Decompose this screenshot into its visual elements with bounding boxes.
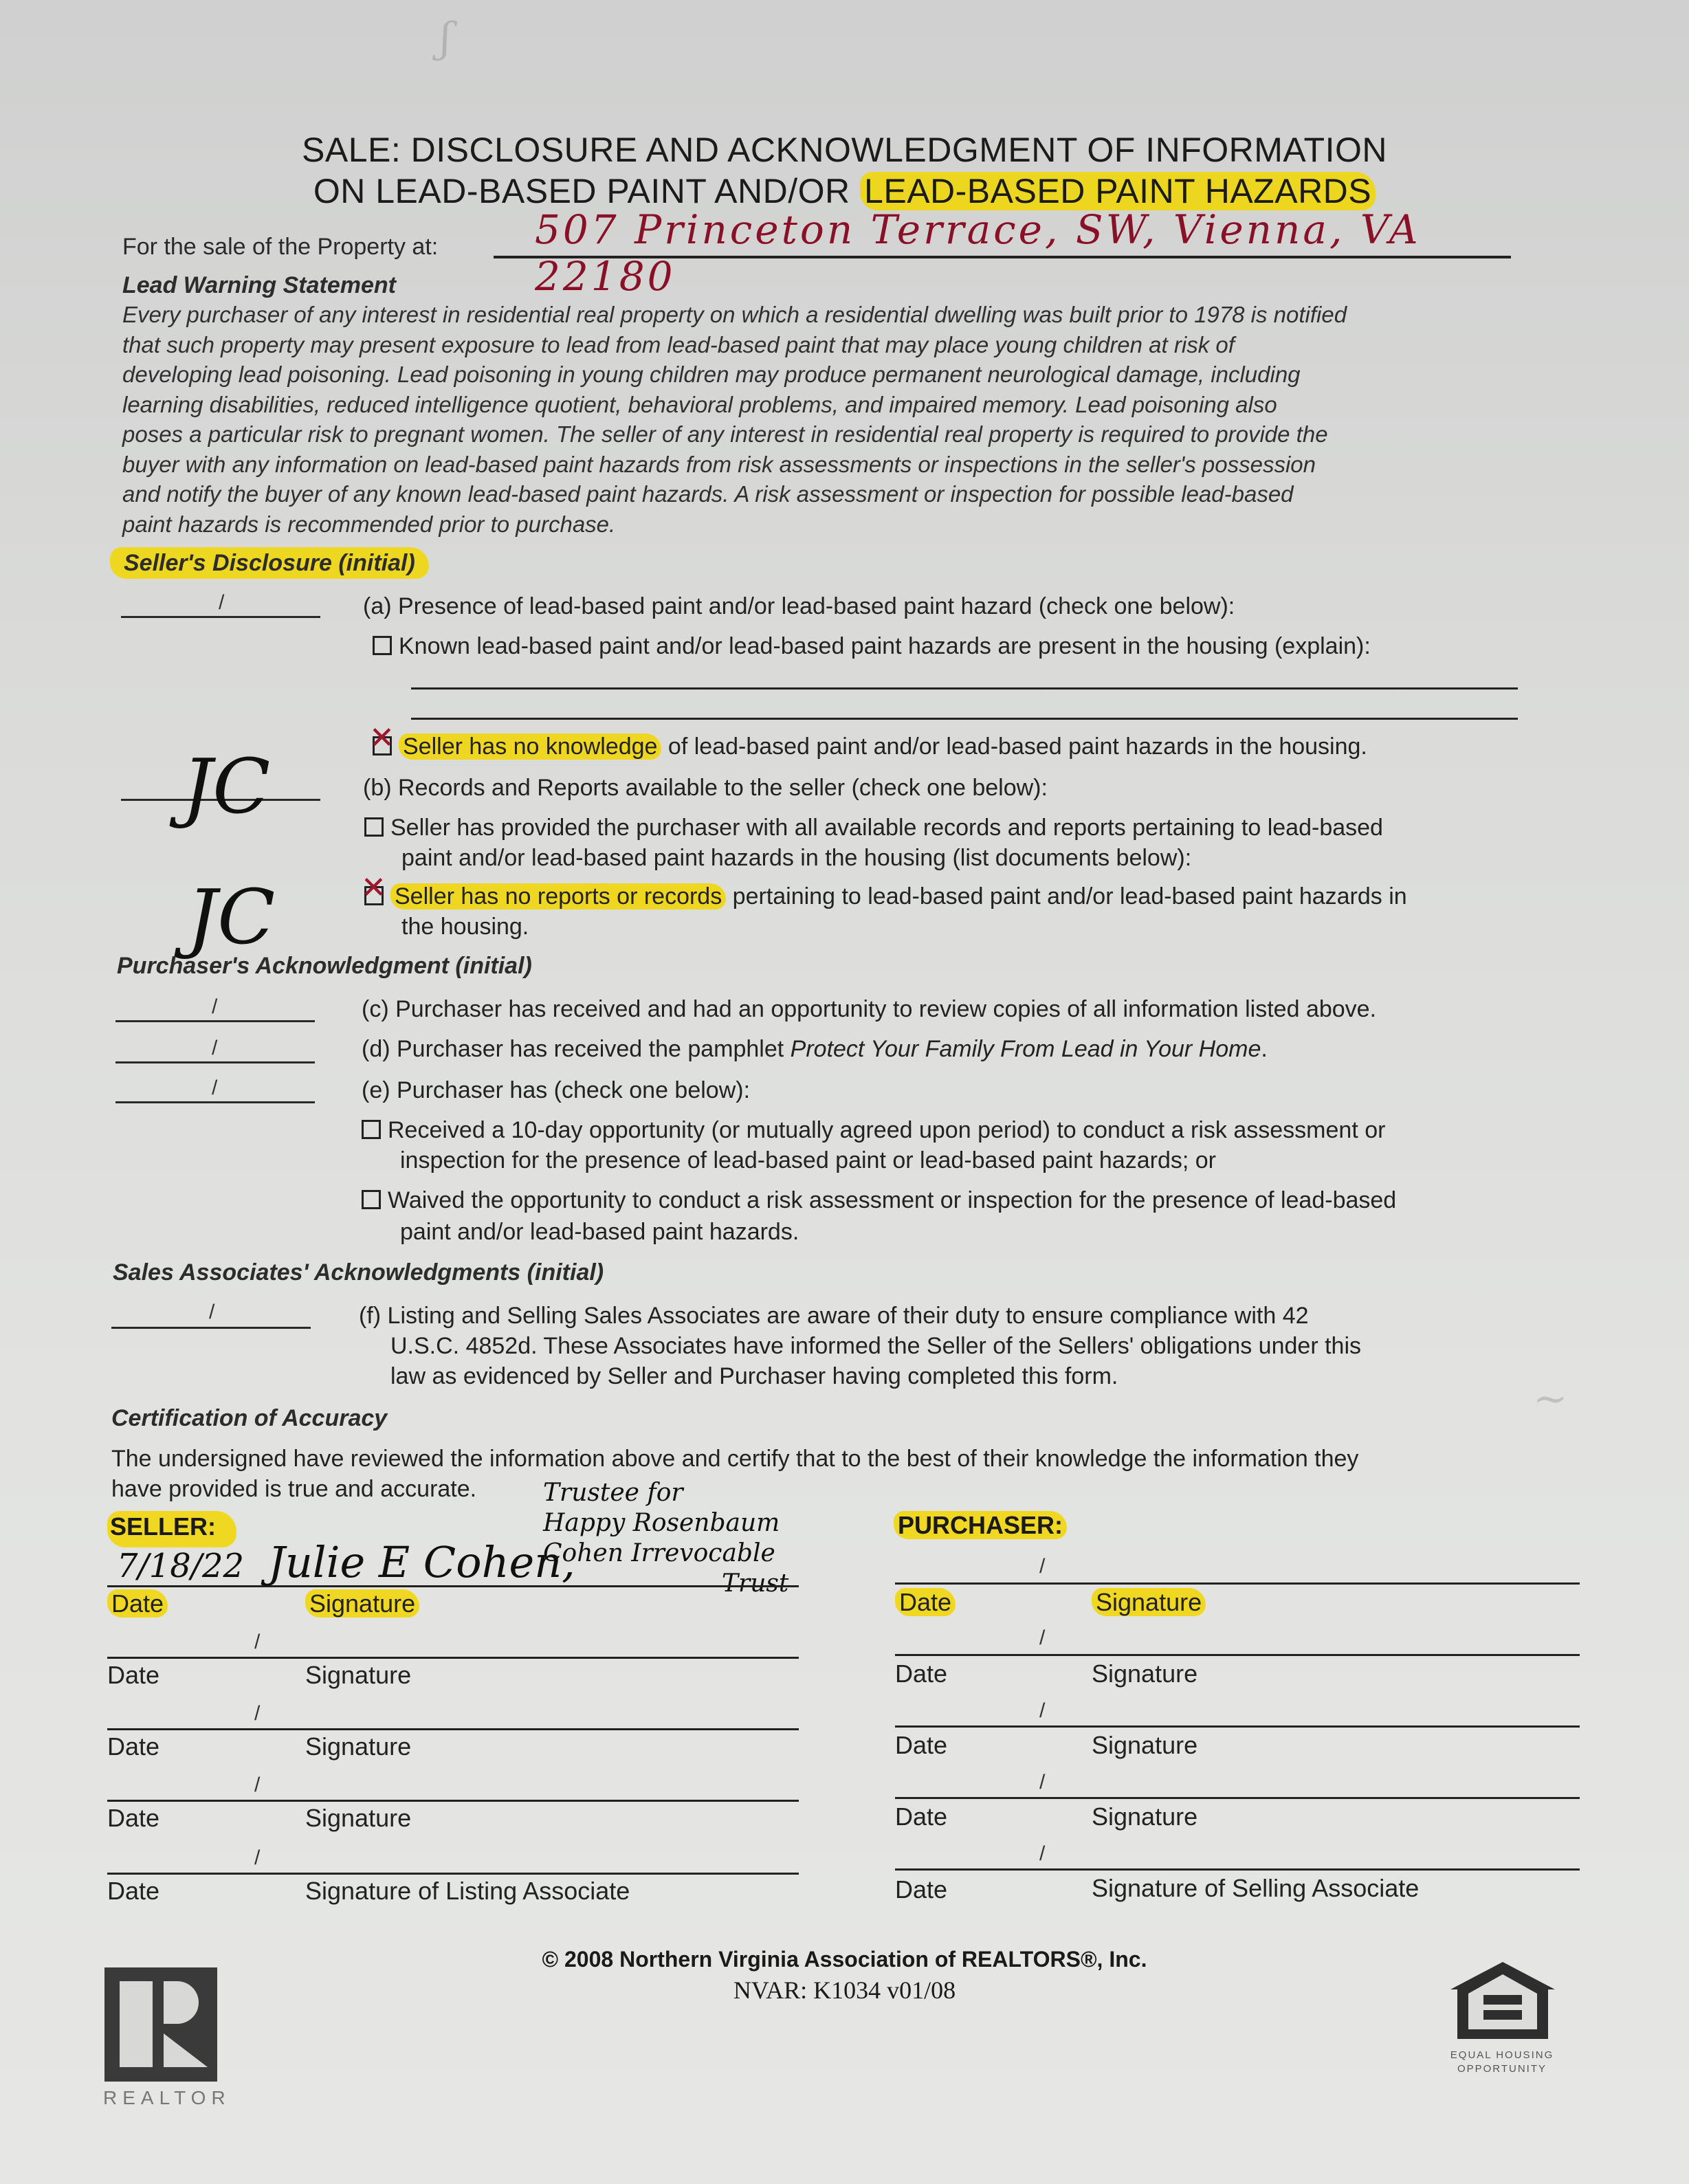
warning-line: paint hazards is recommended prior to pu… [122,509,1580,540]
warning-line: learning disabilities, reduced intellige… [122,390,1580,420]
item-b-option-provided-line2: paint and/or lead-based paint hazards in… [401,843,1191,873]
purchaser-initials-d-field[interactable] [115,1061,315,1063]
option-text: Known lead-based paint and/or lead-based… [399,633,1371,659]
seller-initials-a-field[interactable] [121,616,320,618]
equal-housing-text: EQUAL HOUSING OPPORTUNITY [1444,2049,1560,2076]
purchaser-signature-label-2: Signature [1092,1659,1197,1688]
lead-warning-text: Every purchaser of any interest in resid… [122,300,1580,539]
option-text: Received a 10-day opportunity (or mutual… [388,1117,1385,1143]
option-text: of lead-based paint and/or lead-based pa… [661,733,1367,760]
form-title-line1: SALE: DISCLOSURE AND ACKNOWLEDGMENT OF I… [0,131,1689,169]
sellers-disclosure-heading-text: Seller's Disclosure (initial) [110,547,429,579]
date-label: Date [107,1589,168,1618]
purchaser-initials-e-field[interactable] [115,1101,315,1103]
option-text-highlighted: Seller has no knowledge [399,733,661,760]
purchaser-date-label-4: Date [895,1802,947,1831]
option-text: Waived the opportunity to conduct a risk… [388,1187,1396,1213]
seller-date-value: 7/18/22 [117,1547,244,1585]
checkbox-records-provided[interactable] [364,817,384,837]
selling-date-label: Date [895,1875,947,1904]
warning-line: buyer with any information on lead-based… [122,450,1580,480]
seller-initials-b-value: JC [182,742,270,830]
purchaser-initials-c-field[interactable] [115,1020,315,1022]
item-a-label: (a) Presence of lead-based paint and/or … [363,591,1235,621]
seller-initials-b2-value: JC [187,873,275,961]
initials-slash: / [209,1301,214,1324]
date-slash: / [1039,1699,1045,1723]
title-part: ON LEAD-BASED PAINT AND/OR [313,172,860,210]
item-e-option-waived-line2: paint and/or lead-based paint hazards. [400,1217,799,1247]
item-d-end: . [1261,1036,1267,1062]
signature-label: Signature [305,1589,419,1618]
item-f-line2: U.S.C. 4852d. These Associates have info… [390,1331,1361,1361]
lead-paint-disclosure-form: ʃ ~ SALE: DISCLOSURE AND ACKNOWLEDGMENT … [0,0,1689,2184]
form-id: NVAR: K1034 v01/08 [0,1976,1689,2005]
purchaser-signature-label-4: Signature [1092,1802,1197,1831]
seller-signature-label-3: Signature [305,1732,411,1761]
option-text: pertaining to lead-based paint and/or le… [726,883,1406,909]
trustee-note-line: Trust [543,1569,788,1599]
explain-line-1[interactable] [411,687,1518,690]
eho-line: EQUAL HOUSING [1444,2049,1560,2062]
certification-heading: Certification of Accuracy [111,1405,387,1432]
purchaser-date-label-1: Date [895,1588,956,1617]
date-label: Date [895,1588,956,1616]
purchaser-date-label-2: Date [895,1659,947,1688]
seller-date-label-3: Date [107,1732,159,1761]
date-slash: / [1039,1842,1045,1866]
sellers-disclosure-heading: Seller's Disclosure (initial) [110,550,429,577]
date-slash: / [254,1774,260,1797]
warning-line: Every purchaser of any interest in resid… [122,300,1580,330]
seller-date-label-4: Date [107,1804,159,1833]
item-d: (d) Purchaser has received the pamphlet … [362,1034,1268,1064]
item-b-option-provided[interactable]: Seller has provided the purchaser with a… [364,813,1383,843]
purchaser-label-text: PURCHASER: [894,1511,1067,1539]
pencil-show-through: ʃ [440,14,451,62]
option-text-highlighted: Seller has no reports or records [390,883,726,909]
date-slash: / [1039,1626,1045,1650]
seller-date-label-1: Date [107,1589,168,1618]
realtor-logo-icon [104,1967,217,2082]
item-a-option-no-knowledge[interactable]: Seller has no knowledge of lead-based pa… [373,731,1367,762]
item-d-text: (d) Purchaser has received the pamphlet [362,1036,791,1062]
selling-associate-label: Signature of Selling Associate [1092,1874,1419,1903]
seller-signature-label-1: Signature [305,1589,419,1618]
item-c: (c) Purchaser has received and had an op… [362,994,1376,1024]
warning-line: poses a particular risk to pregnant wome… [122,419,1580,450]
explain-line-2[interactable] [411,718,1518,720]
listing-associate-signature-line[interactable] [107,1873,799,1875]
seller-label-text: SELLER: [107,1511,236,1547]
trustee-annotation: Trustee for Happy Rosenbaum Cohen Irrevo… [543,1478,788,1599]
date-slash: / [1039,1555,1045,1578]
purchaser-signature-label-1: Signature [1092,1588,1206,1617]
initials-slash: / [212,995,217,1019]
pencil-show-through: ~ [1533,1375,1567,1423]
item-e: (e) Purchaser has (check one below): [362,1075,750,1105]
property-address-value: 507 Princeton Terrace, SW, Vienna, VA 22… [535,206,1511,300]
certification-line2: have provided is true and accurate. [111,1474,476,1504]
selling-associate-signature-line[interactable] [895,1868,1580,1871]
property-address-field[interactable]: 507 Princeton Terrace, SW, Vienna, VA 22… [494,206,1511,258]
item-f-line1: (f) Listing and Selling Sales Associates… [359,1301,1309,1331]
realtor-logo-text: REALTOR [103,2087,231,2109]
seller-label: SELLER: [107,1512,236,1541]
copyright-notice: © 2008 Northern Virginia Association of … [0,1947,1689,1972]
item-a-option-known[interactable]: Known lead-based paint and/or lead-based… [373,631,1371,661]
item-e-option-waived[interactable]: Waived the opportunity to conduct a risk… [362,1185,1396,1215]
title-highlighted-part: LEAD-BASED PAINT HAZARDS [860,172,1376,210]
certification-line1: The undersigned have reviewed the inform… [111,1444,1358,1474]
eho-line: OPPORTUNITY [1444,2062,1560,2076]
checkbox-no-records-checked[interactable] [364,886,384,905]
checkbox-no-knowledge-checked[interactable] [373,736,392,755]
purchaser-label: PURCHASER: [894,1511,1067,1540]
item-b-option-no-records[interactable]: Seller has no reports or records pertain… [364,881,1407,912]
listing-date-label: Date [107,1877,159,1906]
seller-signature-line-3[interactable] [107,1728,799,1730]
warning-line: that such property may present exposure … [122,330,1580,360]
item-b-label: (b) Records and Reports available to the… [363,773,1048,803]
property-label: For the sale of the Property at: [122,234,438,261]
initials-slash: / [212,1037,217,1060]
seller-signature-line-2[interactable] [107,1657,799,1659]
purchaser-signature-line-1[interactable] [895,1582,1580,1585]
date-slash: / [254,1631,260,1654]
seller-signature-label-4: Signature [305,1804,411,1833]
seller-signature-value: Julie E Cohen, [268,1537,575,1587]
date-slash: / [254,1846,260,1870]
lead-warning-heading: Lead Warning Statement [122,272,396,299]
warning-line: developing lead poisoning. Lead poisonin… [122,360,1580,390]
item-f-line3: law as evidenced by Seller and Purchaser… [390,1361,1118,1391]
equal-housing-icon [1448,1959,1558,2042]
signature-label: Signature [1092,1588,1206,1616]
warning-line: and notify the buyer of any known lead-b… [122,479,1580,509]
item-b-option-no-records-line2: the housing. [401,912,529,942]
listing-associate-label: Signature of Listing Associate [305,1877,630,1906]
date-slash: / [1039,1771,1045,1794]
purchaser-signature-line-4[interactable] [895,1797,1580,1799]
purchaser-signature-line-2[interactable] [895,1654,1580,1656]
trustee-note-line: Happy Rosenbaum [543,1508,788,1538]
trustee-note-line: Trustee for [543,1478,788,1508]
item-e-option-received[interactable]: Received a 10-day opportunity (or mutual… [362,1115,1385,1145]
pamphlet-title: Protect Your Family From Lead in Your Ho… [791,1036,1261,1062]
trustee-note-line: Cohen Irrevocable [543,1538,788,1569]
purchaser-signature-label-3: Signature [1092,1731,1197,1760]
initials-slash: / [212,1077,217,1100]
checkbox-received-opportunity[interactable] [362,1120,381,1139]
option-text: Seller has provided the purchaser with a… [390,815,1383,841]
purchasers-ack-heading: Purchaser's Acknowledgment (initial) [117,953,532,980]
checkbox-known-lead[interactable] [373,636,392,655]
date-slash: / [254,1702,260,1725]
sales-associates-heading: Sales Associates' Acknowledgments (initi… [113,1259,604,1286]
seller-signature-label-2: Signature [305,1661,411,1690]
form-title-line2: ON LEAD-BASED PAINT AND/OR LEAD-BASED PA… [0,172,1689,210]
item-e-option-received-line2: inspection for the presence of lead-base… [400,1145,1216,1176]
seller-date-label-2: Date [107,1661,159,1690]
associates-initials-f-field[interactable] [111,1327,311,1329]
purchaser-date-label-3: Date [895,1731,947,1760]
seller-signature-line-4[interactable] [107,1800,799,1802]
checkbox-waived-opportunity[interactable] [362,1190,381,1209]
initials-slash: / [219,591,224,615]
purchaser-signature-line-3[interactable] [895,1725,1580,1728]
